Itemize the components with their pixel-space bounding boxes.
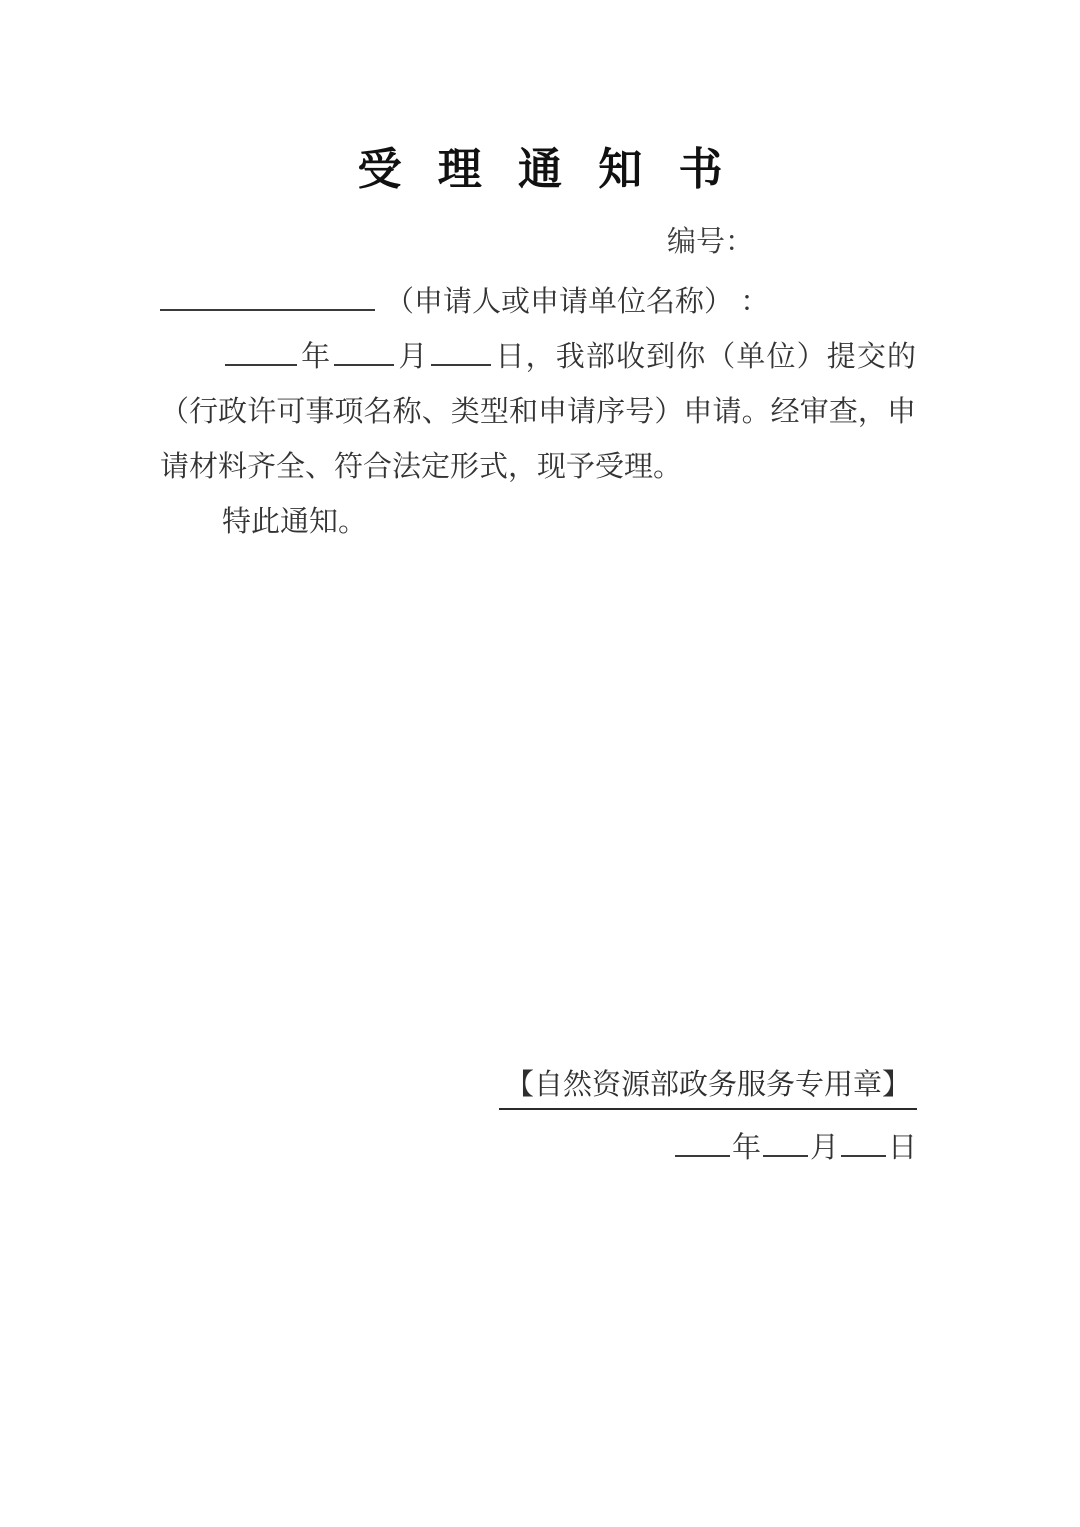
closing-line: 特此通知。 [160, 495, 916, 550]
signature-day-char: 日 [888, 1132, 917, 1164]
document-body: （申请人或申请单位名称） ： 年月日，我部收到你（单位）提交的 （行政许可事项名… [160, 275, 916, 550]
received-year-blank [225, 337, 297, 366]
recipient-line: （申请人或申请单位名称） ： [160, 275, 916, 330]
document-title: 受 理 通 知 书 [0, 133, 1080, 197]
paragraph-line-3: 请材料齐全、符合法定形式，现予受理。 [160, 440, 916, 495]
month-char: 月 [397, 341, 428, 373]
paragraph-line-2-text: （行政许可事项名称、类型和申请序号）申请。经审查，申 [160, 396, 916, 428]
signature-month-blank [763, 1128, 808, 1157]
signature-month-char: 月 [810, 1132, 839, 1164]
received-day-blank [431, 337, 491, 366]
recipient-label: （申请人或申请单位名称） ： [385, 286, 769, 318]
received-month-blank [334, 337, 394, 366]
paragraph-line-1-text: ，我部收到你（单位）提交的 [526, 341, 916, 373]
paragraph-line-1: 年月日，我部收到你（单位）提交的 [160, 330, 916, 385]
paragraph-line-3-text: 请材料齐全、符合法定形式，现予受理。 [160, 451, 682, 483]
year-char: 年 [300, 341, 331, 373]
recipient-name-blank [160, 282, 375, 311]
signature-year-blank [675, 1128, 730, 1157]
number-label: 编号： [667, 226, 754, 258]
signature-day-blank [841, 1128, 886, 1157]
signature-year-char: 年 [732, 1132, 761, 1164]
day-char-and-text: 日 [494, 341, 525, 373]
seal-line: 【自然资源部政务服务专用章】 [499, 1064, 917, 1110]
seal-text: 【自然资源部政务服务专用章】 [505, 1069, 911, 1101]
acceptance-notice-document: 受 理 通 知 书 编号： （申请人或申请单位名称） ： 年月日，我部收到你（单… [0, 0, 1080, 1527]
number-row: 编号： [667, 222, 754, 262]
closing-text: 特此通知。 [222, 506, 367, 538]
signature-date-line: 年月日 [673, 1127, 917, 1169]
paragraph-line-2: （行政许可事项名称、类型和申请序号）申请。经审查，申 [160, 385, 916, 440]
